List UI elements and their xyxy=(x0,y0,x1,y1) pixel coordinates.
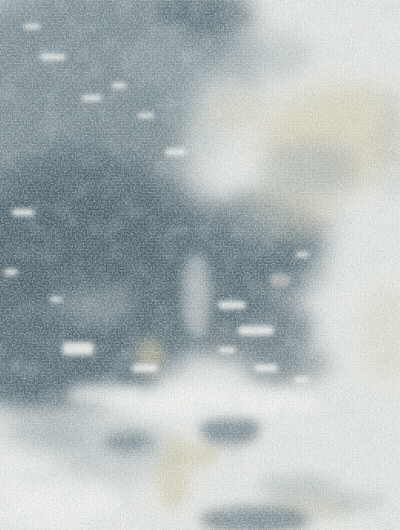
rug-texture-canvas xyxy=(0,0,400,530)
grain-light-noise xyxy=(0,0,400,530)
rug-texture-photo xyxy=(0,0,400,530)
